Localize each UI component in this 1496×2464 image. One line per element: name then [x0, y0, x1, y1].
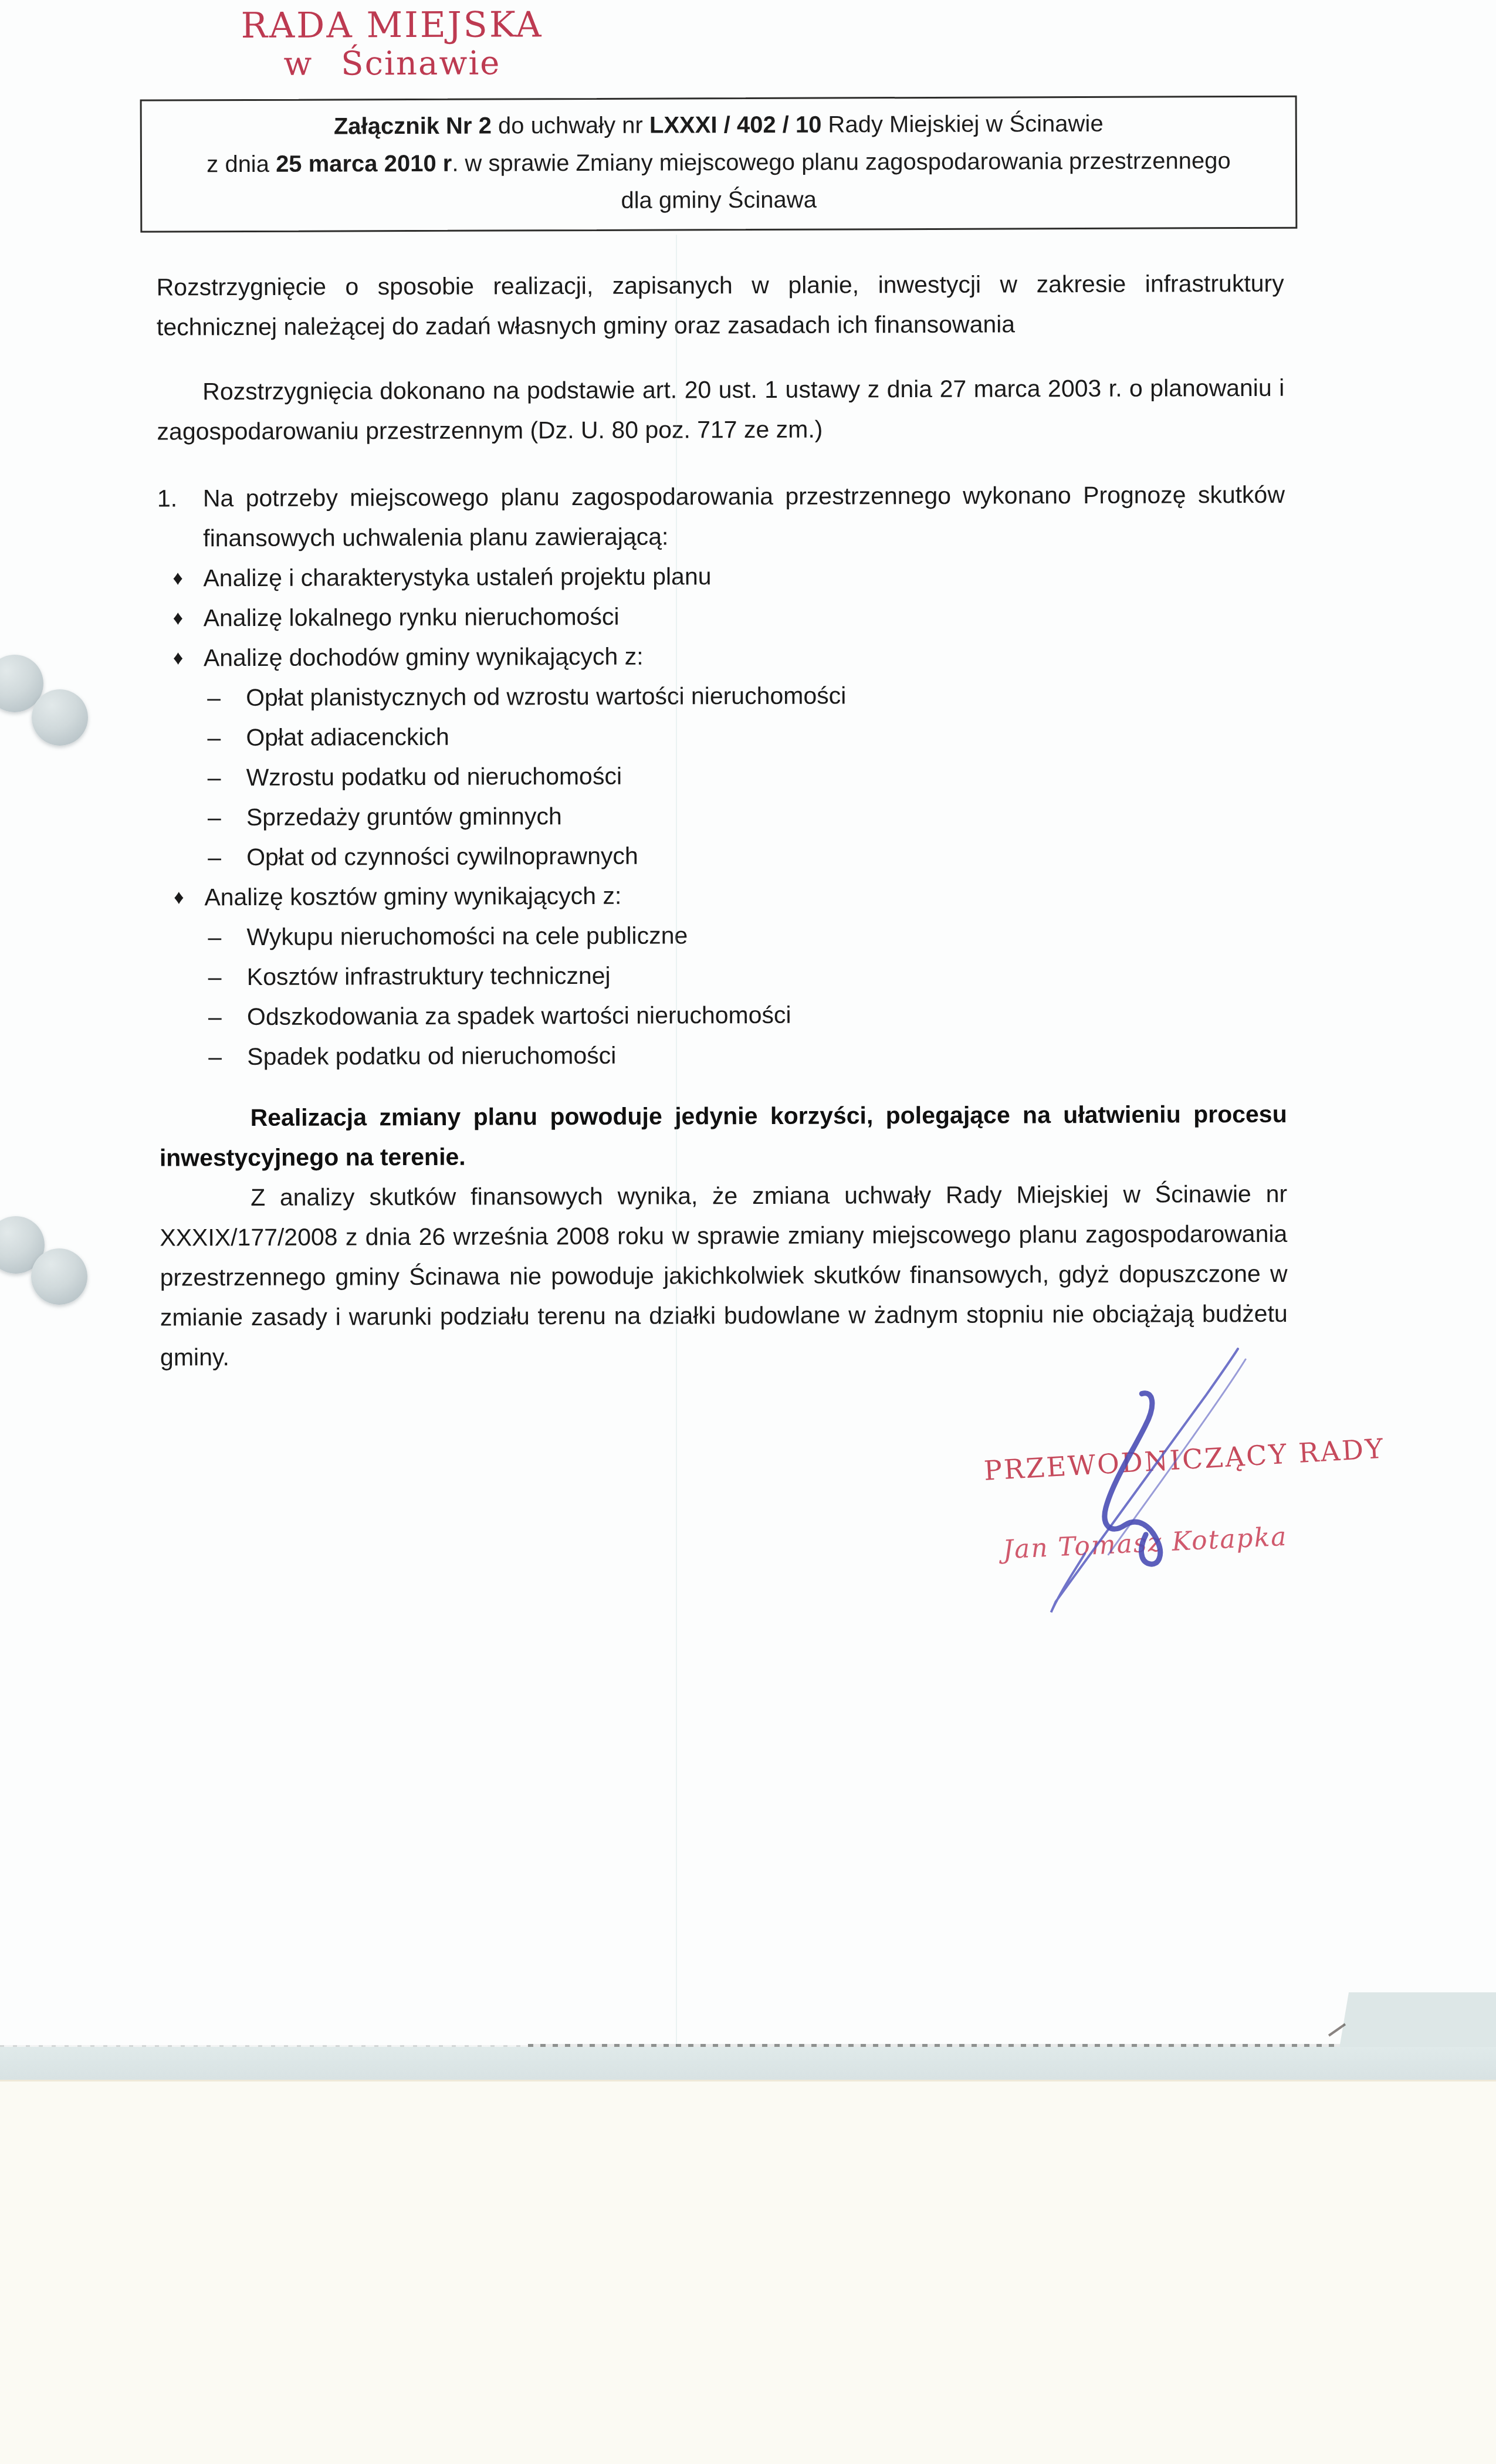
dash-bullet-icon: –: [208, 957, 222, 997]
list-subitem: –Opłat planistycznych od wzrostu wartośc…: [158, 674, 1285, 718]
list-subitem: –Kosztów infrastruktury technicznej: [159, 953, 1287, 997]
list-subitem: –Opłat od czynności cywilnoprawnych: [158, 834, 1286, 878]
list-item-text: Wzrostu podatku od nieruchomości: [246, 763, 622, 791]
list-item: ♦Analizę kosztów gminy wynikających z:: [158, 874, 1286, 918]
list-item-text: Opłat adiacenckich: [246, 723, 449, 751]
item-number: 1.: [157, 478, 177, 518]
diamond-bullet-icon: ♦: [173, 638, 184, 678]
list-item-text: Odszkodowania za spadek wartości nieruch…: [247, 1001, 791, 1030]
document-body: Rozstrzygnięcie o sposobie realizacji, z…: [157, 263, 1288, 1377]
attachment-line1-mid: do uchwały nr: [492, 113, 649, 139]
list-item-text: Sprzedaży gruntów gminnych: [246, 803, 562, 831]
numbered-item-1: 1. Na potrzeby miejscowego planu zagospo…: [157, 475, 1285, 559]
attachment-header-box: Załącznik Nr 2 do uchwały nr LXXXI / 402…: [140, 96, 1298, 233]
attachment-line2: z dnia 25 marca 2010 r. w sprawie Zmiany…: [142, 142, 1295, 184]
list-item-text: Analizę dochodów gminy wynikających z:: [204, 643, 644, 672]
dash-bullet-icon: –: [208, 757, 221, 797]
attachment-number: Załącznik Nr 2: [334, 113, 492, 140]
list-subitem: –Wzrostu podatku od nieruchomości: [158, 754, 1286, 798]
diamond-bullet-icon: ♦: [172, 558, 183, 598]
list-subitem: –Sprzedaży gruntów gminnych: [158, 794, 1286, 838]
scanned-document-page: RADA MIEJSKA w Ścinawie Załącznik Nr 2 d…: [0, 0, 1496, 2464]
scanner-streak-artifact: [676, 235, 677, 2080]
analysis-list: ♦Analizę i charakterystyka ustaleń proje…: [157, 554, 1287, 1077]
council-stamp: RADA MIEJSKA w Ścinawie: [239, 6, 544, 83]
list-subitem: –Wykupu nieruchomości na cele publiczne: [158, 913, 1286, 957]
dash-bullet-icon: –: [208, 1037, 222, 1077]
list-item-text: Kosztów infrastruktury technicznej: [247, 962, 611, 990]
scan-bottom-margin: [0, 2080, 1496, 2464]
hole-punch-mark: [31, 1248, 87, 1305]
list-subitem: –Odszkodowania za spadek wartości nieruc…: [159, 993, 1287, 1037]
signature-scribble: [1020, 1336, 1255, 1630]
dash-bullet-icon: –: [208, 797, 221, 837]
attachment-line2-prefix: z dnia: [207, 151, 276, 177]
intro-paragraph: Rozstrzygnięcie o sposobie realizacji, z…: [157, 263, 1284, 347]
paper-sheet: RADA MIEJSKA w Ścinawie Załącznik Nr 2 d…: [0, 0, 1496, 2047]
attachment-line3: dla gminy Ścinawa: [142, 180, 1295, 221]
dash-bullet-icon: –: [207, 717, 221, 757]
list-subitem: –Opłat adiacenckich: [158, 714, 1285, 758]
dash-bullet-icon: –: [208, 917, 221, 957]
item-text: Na potrzeby miejscowego planu zagospodar…: [203, 481, 1285, 551]
council-stamp-line2-name: Ścinawie: [341, 45, 500, 82]
council-stamp-line1: RADA MIEJSKA: [239, 6, 544, 44]
list-item-text: Analizę lokalnego rynku nieruchomości: [204, 603, 620, 631]
resolution-number: LXXXI / 402 / 10: [649, 112, 822, 138]
list-item: ♦Analizę i charakterystyka ustaleń proje…: [157, 554, 1285, 598]
list-subitem: –Spadek podatku od nieruchomości: [159, 1033, 1287, 1077]
dash-bullet-icon: –: [208, 837, 221, 877]
list-item-text: Analizę i charakterystyka ustaleń projek…: [203, 563, 711, 591]
document-content: RADA MIEJSKA w Ścinawie Załącznik Nr 2 d…: [0, 0, 1496, 2050]
conclusion-bold-paragraph: Realizacja zmiany planu powoduje jedynie…: [160, 1094, 1287, 1178]
dash-bullet-icon: –: [208, 997, 222, 1037]
list-item-text: Opłat od czynności cywilnoprawnych: [246, 842, 638, 871]
diamond-bullet-icon: ♦: [174, 877, 184, 917]
dash-bullet-icon: –: [207, 678, 221, 717]
resolution-date: 25 marca 2010 r: [276, 151, 452, 177]
list-item-text: Spadek podatku od nieruchomości: [247, 1042, 616, 1070]
attachment-line1: Załącznik Nr 2 do uchwały nr LXXXI / 402…: [142, 104, 1295, 146]
list-item: ♦Analizę dochodów gminy wynikających z:: [158, 634, 1285, 678]
list-item-text: Opłat planistycznych od wzrostu wartości…: [246, 682, 846, 711]
legal-basis-paragraph: Rozstrzygnięcia dokonano na podstawie ar…: [157, 368, 1284, 452]
attachment-line1-tail: Rady Miejskiej w Ścinawie: [821, 111, 1103, 138]
scanner-background-band: [0, 2047, 1496, 2080]
hole-punch-mark: [32, 689, 88, 746]
list-item: ♦Analizę lokalnego rynku nieruchomości: [158, 594, 1285, 638]
council-stamp-line2: w Ścinawie: [239, 45, 544, 83]
council-stamp-line2-prefix: w: [283, 46, 313, 83]
attachment-line2-tail: . w sprawie Zmiany miejscowego planu zag…: [452, 148, 1231, 177]
list-item-text: Wykupu nieruchomości na cele publiczne: [246, 922, 688, 950]
scanner-background-corner: [1339, 1992, 1496, 2048]
list-item-text: Analizę kosztów gminy wynikających z:: [204, 882, 621, 911]
diamond-bullet-icon: ♦: [173, 598, 184, 638]
